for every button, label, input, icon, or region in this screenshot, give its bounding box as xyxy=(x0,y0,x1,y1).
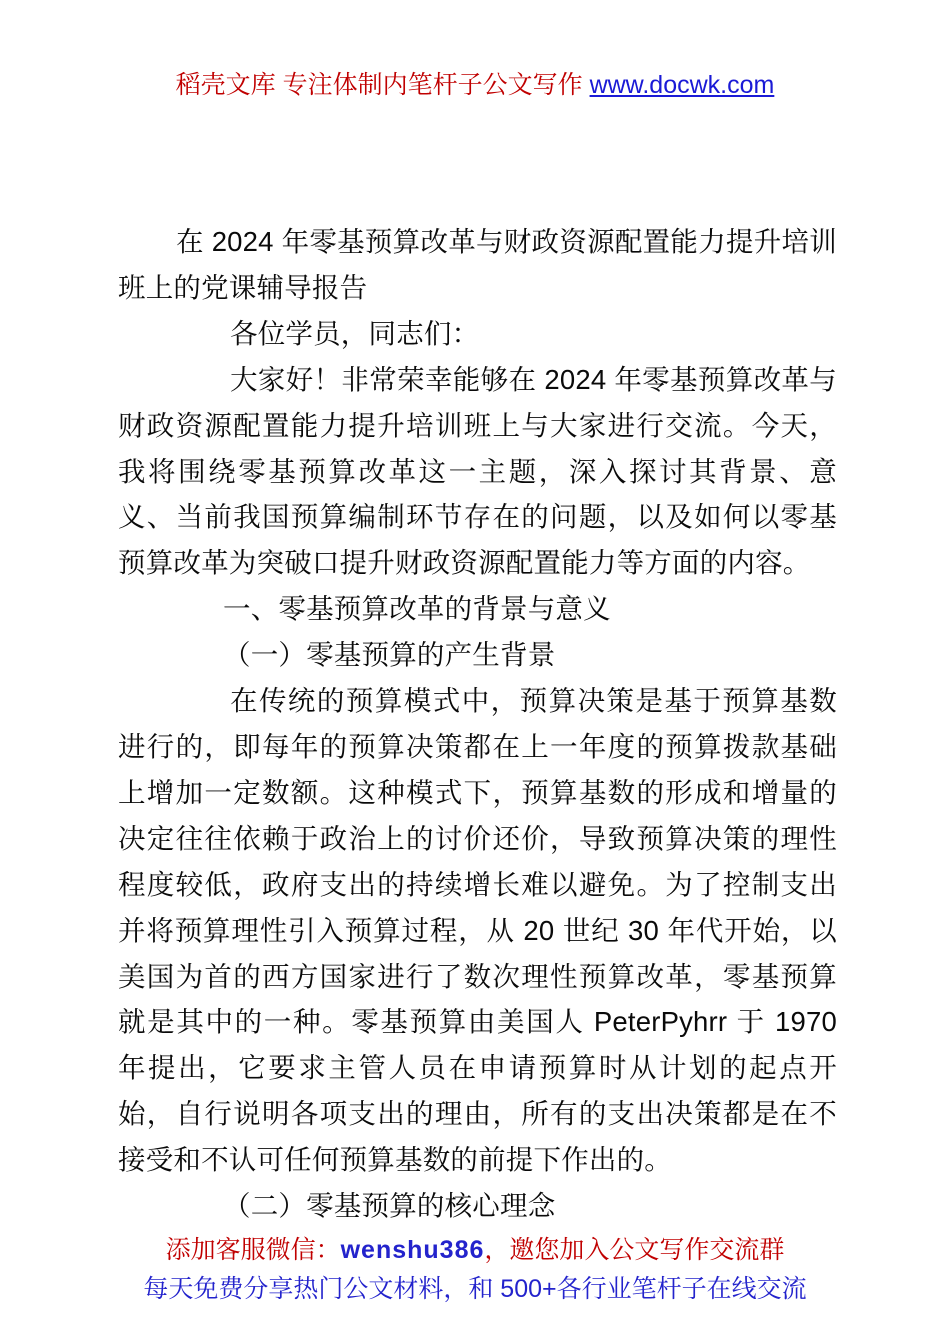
subsection-heading-1-1: （一）零基预算的产生背景 xyxy=(118,632,837,678)
site-brand-text: 稻壳文库 专注体制内笔杆子公文写作 xyxy=(176,71,583,99)
footer-invite-text: ，邀您加入公文写作交流群 xyxy=(484,1236,784,1264)
footer-line2: 每天免费分享热门公文材料，和 500+各行业笔杆子在线交流 xyxy=(0,1270,950,1309)
site-url-link[interactable]: www.docwk.com xyxy=(590,71,775,99)
document-page: 稻壳文库 专注体制内笔杆子公文写作 www.docwk.com 在 2024 年… xyxy=(0,0,950,1344)
wechat-id: wenshu386 xyxy=(341,1236,485,1264)
page-footer: 添加客服微信：wenshu386，邀您加入公文写作交流群 每天免费分享热门公文材… xyxy=(0,1231,950,1309)
subsection-paragraph-1-1: 在传统的预算模式中，预算决策是基于预算基数进行的，即每年的预算决策都在上一年度的… xyxy=(118,678,837,1183)
section-heading-1: 一、零基预算改革的背景与意义 xyxy=(118,586,837,632)
footer-line1: 添加客服微信：wenshu386，邀您加入公文写作交流群 xyxy=(0,1231,950,1270)
salutation: 各位学员，同志们： xyxy=(118,311,837,357)
document-body: 在 2024 年零基预算改革与财政资源配置能力提升培训班上的党课辅导报告 各位学… xyxy=(118,219,837,1229)
subsection-heading-1-2: （二）零基预算的核心理念 xyxy=(118,1183,837,1229)
site-header: 稻壳文库 专注体制内笔杆子公文写作 www.docwk.com xyxy=(0,68,950,102)
wechat-label: 添加客服微信： xyxy=(166,1236,341,1264)
document-title: 在 2024 年零基预算改革与财政资源配置能力提升培训班上的党课辅导报告 xyxy=(118,219,837,311)
intro-paragraph: 大家好！非常荣幸能够在 2024 年零基预算改革与财政资源配置能力提升培训班上与… xyxy=(118,357,837,587)
